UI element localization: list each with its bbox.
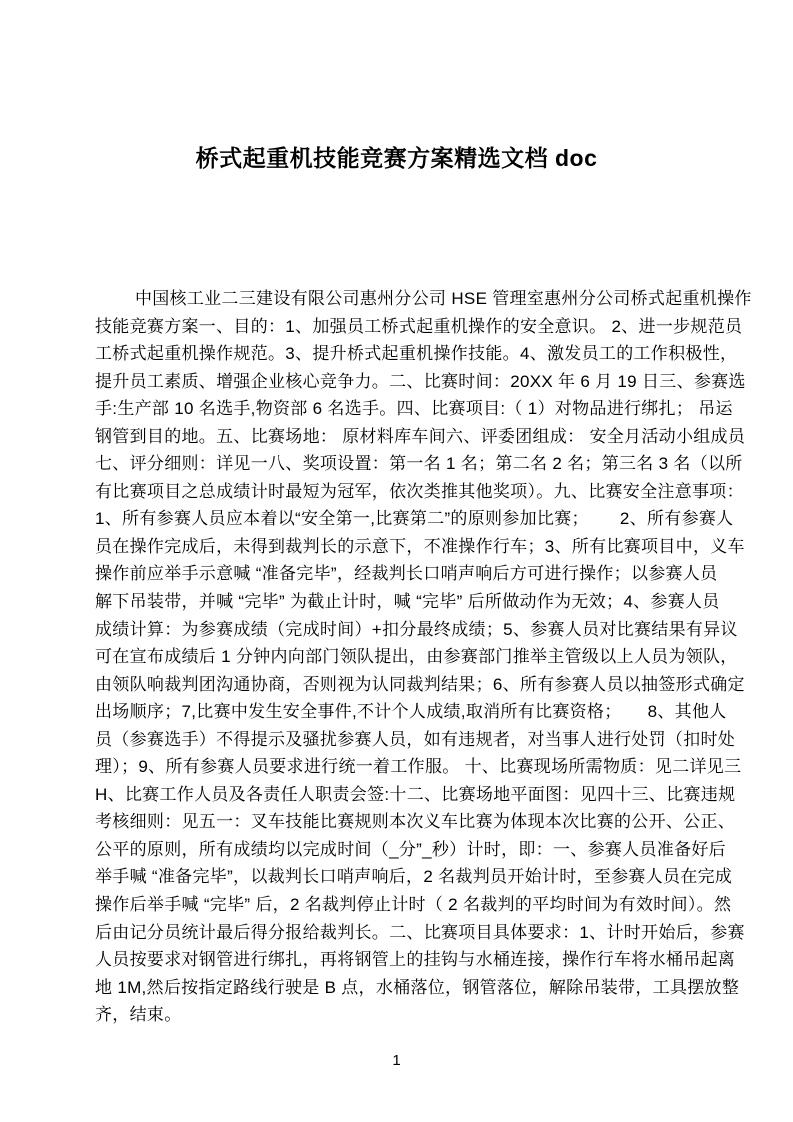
text-line: 员（参赛选手）不得提示及骚扰参赛人员，如有违规者，对当事人进行处罚（扣时处 bbox=[95, 726, 793, 754]
text-line: 可在宣布成绩后 1 分钟内向部门领队提出，由参赛部门推举主管级以上人员为领队， bbox=[95, 643, 793, 671]
text-line: 提升员工素质、增强企业核心竞争力。二、比赛时间：20XX 年 6 月 19 日三… bbox=[95, 368, 793, 396]
body-paragraph: 中国核工业二三建设有限公司惠州分公司 HSE 管理室惠州分公司桥式起重机操作技能… bbox=[95, 285, 793, 1029]
text-line: 有比赛项目之总成绩计时最短为冠军，依次类推其他奖项）。九、比赛安全注意事项： bbox=[95, 478, 793, 506]
text-line: 出场顺序；7,比赛中发生安全事件,不计个人成绩,取消所有比赛资格； 8、其他人 bbox=[95, 698, 793, 726]
page-number: 1 bbox=[0, 1052, 793, 1069]
text-line: 公平的原则，所有成绩均以完成时间（_分”_秒）计时，即：一、参赛人员准备好后 bbox=[95, 836, 793, 864]
text-line: 由领队响裁判团沟通协商，否则视为认同裁判结果；6、所有参赛人员以抽签形式确定 bbox=[95, 671, 793, 699]
text-line: 齐，结束。 bbox=[95, 1001, 793, 1029]
text-line: 操作后举手喊 “完毕” 后，2 名裁判停止计时（ 2 名裁判的平均时间为有效时间… bbox=[95, 891, 793, 919]
document-page: 桥式起重机技能竞赛方案精选文档 doc 中国核工业二三建设有限公司惠州分公司 H… bbox=[0, 0, 793, 1122]
text-line: 后由记分员统计最后得分报给裁判长。二、比赛项目具体要求：1、计时开始后，参赛 bbox=[95, 919, 793, 947]
text-line: 工桥式起重机操作规范。3、提升桥式起重机操作技能。4、激发员工的工作积极性， bbox=[95, 340, 793, 368]
text-line: 1、所有参赛人员应本着以“安全第一,比赛第二”的原则参加比赛； 2、所有参赛人 bbox=[95, 505, 793, 533]
text-line: 举手喊 “准备完毕”，以裁判长口哨声响后，2 名裁判员开始计时，至参赛人员在完成 bbox=[95, 863, 793, 891]
text-line: 操作前应举手示意喊 “准备完毕”，经裁判长口哨声响后方可进行操作；以参赛人员 bbox=[95, 560, 793, 588]
text-line: 手:生产部 10 名选手,物资部 6 名选手。四、比赛项目:（ 1）对物品进行绑… bbox=[95, 395, 793, 423]
text-line: 成绩计算：为参赛成绩（完成时间）+扣分最终成绩；5、参赛人员对比赛结果有异议 bbox=[95, 616, 793, 644]
text-line: H、比赛工作人员及各责任人职责会签:十二、比赛场地平面图：见四十三、比赛违规 bbox=[95, 781, 793, 809]
text-line: 钢管到目的地。五、比赛场地： 原材料库车间六、评委团组成： 安全月活动小组成员 bbox=[95, 423, 793, 451]
text-line: 七、评分细则：详见一八、奖项设置：第一名 1 名；第二名 2 名；第三名 3 名… bbox=[95, 450, 793, 478]
text-line: 中国核工业二三建设有限公司惠州分公司 HSE 管理室惠州分公司桥式起重机操作 bbox=[95, 285, 793, 313]
document-title: 桥式起重机技能竞赛方案精选文档 doc bbox=[0, 140, 793, 173]
text-line: 人员按要求对钢管进行绑扎，再将钢管上的挂钩与水桶连接，操作行车将水桶吊起离 bbox=[95, 946, 793, 974]
text-line: 解下吊装带，并喊 “完毕” 为截止计时，喊 “完毕” 后所做动作为无效；4、参赛… bbox=[95, 588, 793, 616]
text-line: 理）；9、所有参赛人员要求进行统一着工作服。 十、比赛现场所需物质：见二详见三 bbox=[95, 753, 793, 781]
text-line: 考核细则：见五一：叉车技能比赛规则本次义车比赛为体现本次比赛的公开、公正、 bbox=[95, 808, 793, 836]
text-line: 技能竞赛方案一、目的：1、加强员工桥式起重机操作的安全意识。 2、进一步规范员 bbox=[95, 313, 793, 341]
text-line: 员在操作完成后，未得到裁判长的示意下，不准操作行车；3、所有比赛项目中，义车 bbox=[95, 533, 793, 561]
text-line: 地 1M,然后按指定路线行驶是 B 点，水桶落位，钢管落位，解除吊装带，工具摆放… bbox=[95, 974, 793, 1002]
